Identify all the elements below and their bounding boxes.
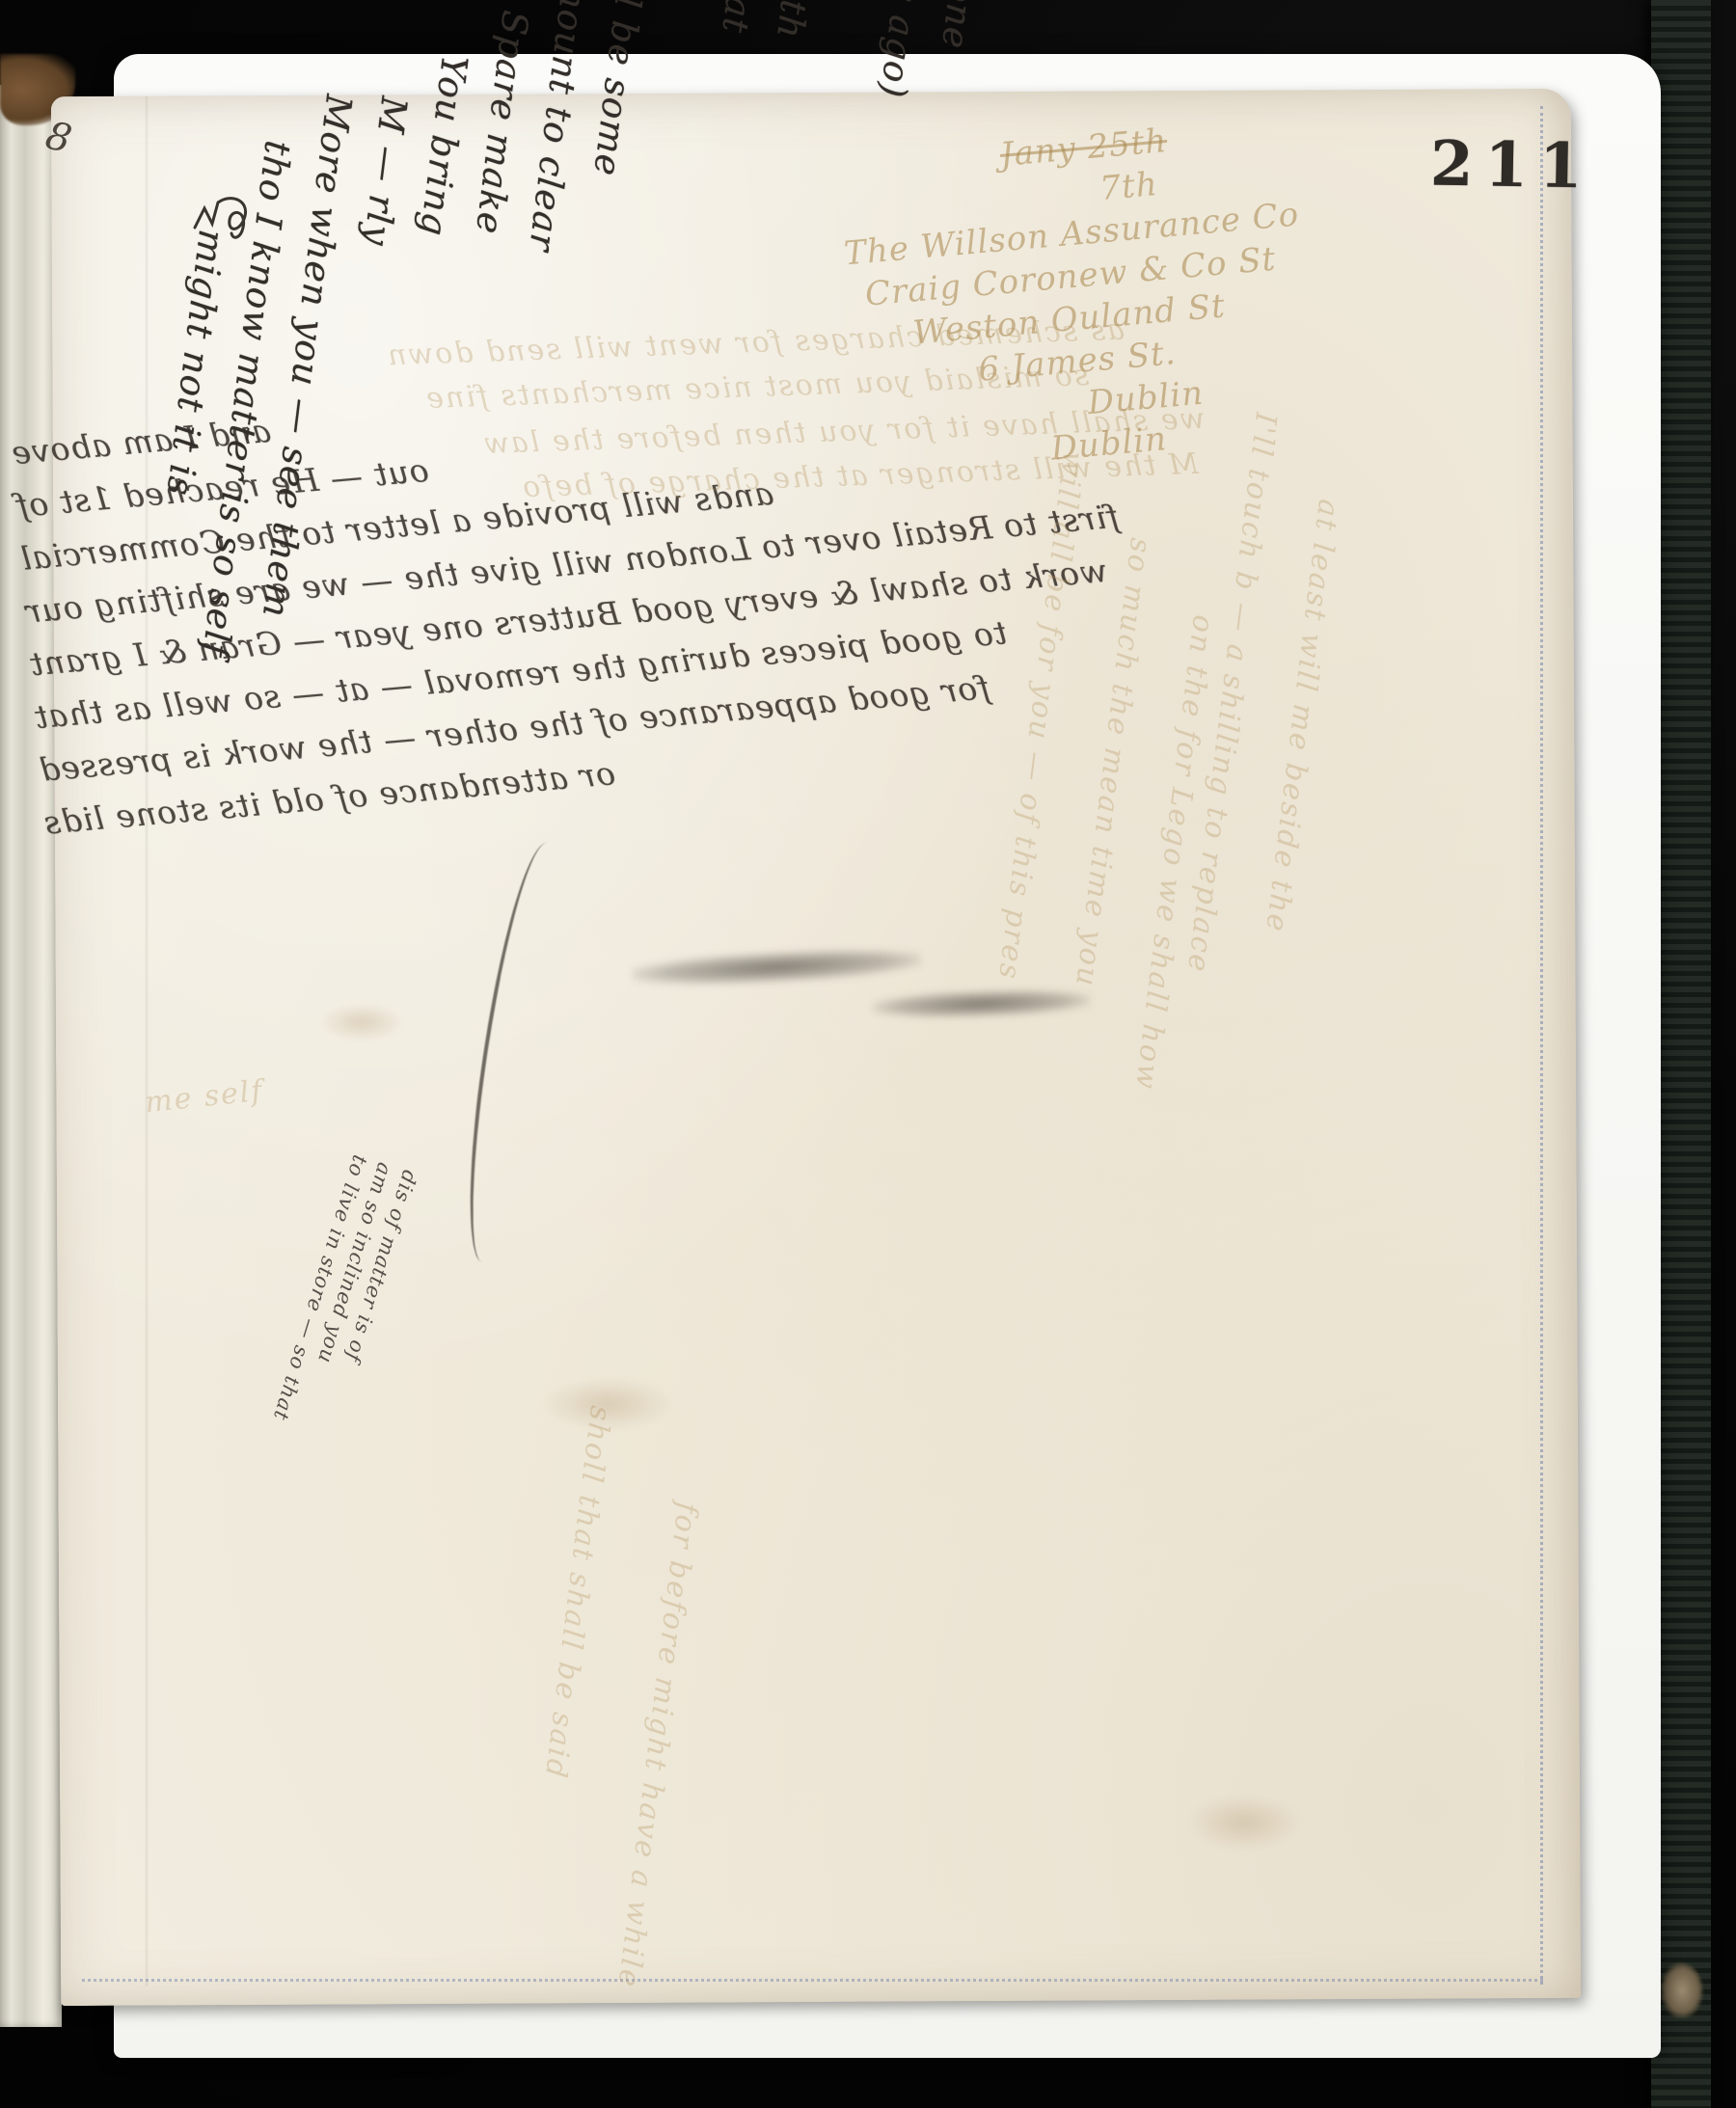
- paper-stain: [1186, 1794, 1302, 1851]
- letterbook-photograph: 211 8 Jany 25th7thThe Willson Assurance …: [0, 0, 1736, 2108]
- paper-crease: [145, 96, 149, 1986]
- blue-dotted-guide-horizontal: [82, 1979, 1543, 1982]
- blue-dotted-guide-vertical: [1540, 106, 1543, 1985]
- page-number-stamp: 211: [1429, 128, 1594, 203]
- frayed-cover-patch: [1661, 1962, 1703, 2018]
- paper-stain: [540, 1377, 675, 1431]
- paper-stain: [318, 1003, 405, 1041]
